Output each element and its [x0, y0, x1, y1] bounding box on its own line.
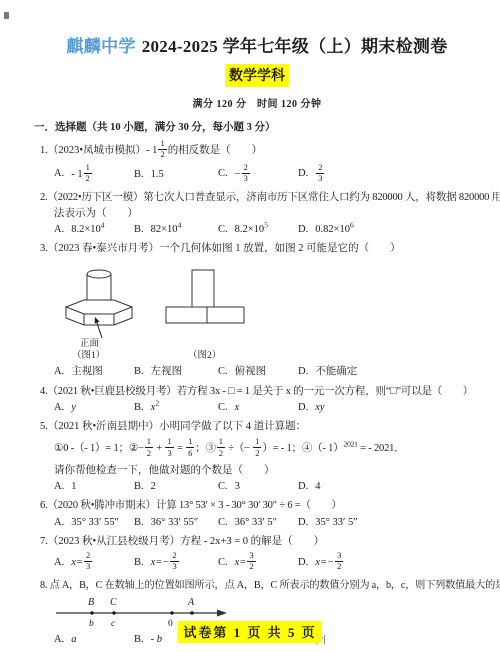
option-label: D.: [298, 557, 308, 568]
front-arrow-icon: [95, 317, 100, 324]
option-value: 1.5: [151, 169, 164, 180]
front-face-label: 正面: [80, 338, 100, 349]
calc-text: ；③: [195, 443, 216, 454]
fraction: 23: [316, 163, 324, 184]
option-label: D.: [298, 481, 308, 492]
q1-option-c: C.−23: [218, 164, 298, 185]
option-value: x: [235, 402, 240, 413]
q6-option-c: C.36° 33′ 5″: [218, 517, 298, 528]
option-value: 3: [235, 481, 240, 492]
q5-option-c: C.3: [218, 481, 298, 492]
q2-option-b: B.82×104: [134, 224, 218, 235]
q4-option-c: C.x: [218, 402, 298, 413]
question-8: 8. 点 A，B，C 在数轴上的位置如图所示，点 A，B，C 所表示的数值分别为…: [40, 579, 474, 594]
option-label: C.: [218, 224, 228, 235]
point-label-A: A: [187, 597, 195, 608]
q1-stem: 1.（2023•凤城市模拟）- 1: [40, 145, 157, 156]
q2-option-c: C.8.2×105: [218, 224, 298, 235]
calc-text: = - 2021．: [358, 443, 405, 454]
q7-option-c: C.x=32: [218, 552, 298, 573]
q3-figures: 正面 （图1） （图2）: [52, 260, 474, 360]
q4-stem: 4.（2021 秋•巨鹿县校级月考）若方程 3x - □ = 1 是关于 x 的…: [40, 384, 474, 399]
page-number-badge: 试卷第 1 页 共 5 页: [178, 621, 321, 643]
exponent: 2: [155, 399, 159, 408]
option-value: 左视图: [151, 366, 183, 377]
q5-option-a: A.1: [54, 481, 134, 492]
q4-option-d: D.xy: [298, 402, 474, 413]
q2-stem-line2: 法表示为（ ）: [54, 206, 474, 221]
option-label: A.: [54, 168, 64, 179]
option-value: 35° 33′ 55″: [71, 517, 119, 528]
question-5: 5.（2021 秋•沂南县期中）小明同学做了以下 4 道计算题：: [40, 419, 474, 434]
q3-option-b: B.左视图: [134, 363, 218, 378]
q8-stem: 8. 点 A，B，C 在数轴上的位置如图所示，点 A，B，C 所表示的数值分别为…: [40, 579, 474, 594]
exam-page: 麒麟中学2024-2025 学年七年级（上）期末检测卷 数学学科 满分 120 …: [0, 0, 500, 645]
exponent: 4: [178, 220, 182, 229]
option-value: xy: [315, 402, 324, 413]
option-label: B.: [134, 224, 144, 235]
option-value: - 1: [71, 168, 82, 179]
q1-options: A.- 112 B.1.5 C.−23 D.23: [54, 164, 474, 185]
option-label: A.: [54, 517, 64, 528]
fraction: 12: [84, 163, 92, 184]
option-value: 1: [71, 481, 76, 492]
question-6: 6.（2020 秋•腾冲市期末）计算 13° 53′ × 3 - 30° 30′…: [40, 498, 474, 513]
q1-option-b: B.1.5: [134, 169, 218, 180]
option-value: x=: [235, 557, 247, 568]
calc-text: ÷（−: [226, 443, 252, 454]
option-label: A.: [54, 224, 64, 235]
q5-option-d: D.4: [298, 481, 474, 492]
option-value: 主视图: [71, 366, 103, 377]
option-value: 俯视图: [235, 366, 267, 377]
option-label: D.: [298, 224, 308, 235]
q5-options: A.1 B.2 C.3 D.4: [54, 481, 474, 492]
subject-row: 数学学科: [40, 64, 474, 87]
option-value: 8.2×10: [71, 224, 101, 235]
option-value: 2: [151, 481, 156, 492]
option-label: C.: [218, 481, 228, 492]
question-2: 2.（2022•历下区一模）第七次人口普查显示，济南市历下区常住人口约为 820…: [40, 190, 474, 220]
q1-stem-post: 的相反数是（ ）: [168, 145, 263, 156]
option-value: 0.82×10: [315, 224, 350, 235]
option-label: A.: [54, 481, 64, 492]
minus-sign: −: [235, 168, 241, 179]
q6-option-d: D.35° 33′ 5″: [298, 517, 474, 528]
q6-option-b: B.36° 33′ 55″: [134, 517, 218, 528]
option-label: B.: [134, 402, 144, 413]
q6-stem: 6.（2020 秋•腾冲市期末）计算 13° 53′ × 3 - 30° 30′…: [40, 498, 474, 513]
exponent: 4: [101, 220, 105, 229]
t-shape-figure: （图2）: [162, 260, 254, 360]
fraction: 12: [145, 437, 153, 458]
fraction: 23: [242, 163, 250, 184]
fraction: 12: [253, 437, 261, 458]
option-value: 35° 33′ 5″: [315, 517, 357, 528]
option-label: D.: [298, 366, 308, 377]
q4-option-b: B.x2: [134, 402, 218, 413]
option-label: D.: [298, 517, 308, 528]
question-4: 4.（2021 秋•巨鹿县校级月考）若方程 3x - □ = 1 是关于 x 的…: [40, 384, 474, 399]
corner-mark: [4, 12, 9, 19]
option-value: x=−: [151, 557, 170, 568]
option-label: B.: [134, 481, 144, 492]
q3-option-d: D.不能确定: [298, 363, 474, 378]
q5-calculations: ①0 -（- 1）= 1；②−12 + 13 = 16；③12 ÷（− 12）=…: [54, 438, 474, 459]
calc-text: +: [154, 443, 165, 454]
q1-option-a: A.- 112: [54, 164, 134, 185]
q7-options: A.x=23 B.x=−23 C.x=32 D.x=−32: [54, 552, 474, 573]
axis-arrow-icon: [217, 610, 227, 617]
q3-option-c: C.俯视图: [218, 363, 298, 378]
option-value: 不能确定: [315, 366, 357, 377]
calc-text: ）= - 1；④（- 1）: [262, 443, 343, 454]
option-value: 36° 33′ 5″: [235, 517, 277, 528]
question-7: 7.（2023 秋•从江县校级月考）方程 - 2x+3 = 0 的解是（ ）: [40, 534, 474, 549]
fig2-label: （图2）: [188, 350, 221, 360]
option-label: D.: [298, 402, 308, 413]
q4-option-a: A.y: [54, 402, 134, 413]
fraction: 32: [247, 551, 255, 572]
point-label-C: C: [110, 597, 117, 608]
option-value: 4: [315, 481, 320, 492]
q5-stem2-row: 请你帮他检查一下，他做对题的个数是（ ）: [40, 463, 474, 478]
option-label: C.: [218, 402, 228, 413]
option-label: B.: [134, 169, 144, 180]
q6-options: A.35° 33′ 55″ B.36° 33′ 55″ C.36° 33′ 5″…: [54, 517, 474, 528]
q3-option-a: A.主视图: [54, 363, 134, 378]
exponent: 5: [264, 220, 268, 229]
subject-badge: 数学学科: [225, 64, 289, 87]
q1-fraction: 12: [158, 139, 166, 160]
option-label: B.: [134, 557, 144, 568]
q3-options: A.主视图 B.左视图 C.俯视图 D.不能确定: [54, 363, 474, 378]
q4-options: A.y B.x2 C.x D.xy: [54, 402, 474, 413]
option-label: C.: [218, 557, 228, 568]
option-label: B.: [134, 517, 144, 528]
q7-option-b: B.x=−23: [134, 552, 218, 573]
option-value: x=−: [315, 557, 334, 568]
q3-stem: 3.（2023 春•泰兴市月考）一个几何体如图 1 放置，如图 2 可能是它的（…: [40, 241, 474, 256]
fraction: 23: [170, 551, 178, 572]
q1-option-d: D.23: [298, 164, 474, 185]
option-label: C.: [218, 517, 228, 528]
option-label: C.: [218, 366, 228, 377]
option-value: 82×10: [151, 224, 178, 235]
option-value: 36° 33′ 55″: [151, 517, 199, 528]
option-label: C.: [218, 168, 228, 179]
q7-option-a: A.x=23: [54, 552, 134, 573]
exponent: 2021: [344, 440, 358, 449]
q5-stem: 5.（2021 秋•沂南县期中）小明同学做了以下 4 道计算题：: [40, 419, 474, 434]
page-title: 麒麟中学2024-2025 学年七年级（上）期末检测卷: [40, 32, 474, 57]
q7-option-d: D.x=−32: [298, 552, 474, 573]
question-1: 1.（2023•凤城市模拟）- 112的相反数是（ ）: [40, 140, 474, 161]
option-value: 8.2×10: [235, 224, 265, 235]
exam-info: 满分 120 分 时间 120 分钟: [40, 95, 474, 110]
fraction: 32: [335, 551, 343, 572]
option-value: y: [71, 402, 76, 413]
calc-text: ①0 -（- 1）= 1；②−: [54, 443, 144, 454]
fraction: 13: [165, 437, 173, 458]
point-label-B: B: [88, 597, 94, 608]
fraction: 23: [84, 551, 92, 572]
q2-option-a: A.8.2×104: [54, 224, 134, 235]
fig1-label: （图1）: [72, 350, 105, 360]
school-name: 麒麟中学: [66, 37, 135, 56]
option-label: D.: [298, 168, 308, 179]
title-text: 2024-2025 学年七年级（上）期末检测卷: [142, 37, 448, 56]
option-label: A.: [54, 366, 64, 377]
page-footer: 试卷第 1 页 共 5 页: [0, 621, 500, 643]
q7-stem: 7.（2023 秋•从江县校级月考）方程 - 2x+3 = 0 的解是（ ）: [40, 534, 474, 549]
question-3: 3.（2023 春•泰兴市月考）一个几何体如图 1 放置，如图 2 可能是它的（…: [40, 241, 474, 256]
q5-stem2: 请你帮他检查一下，他做对题的个数是（ ）: [54, 463, 474, 478]
q2-stem-line1: 2.（2022•历下区一模）第七次人口普查显示，济南市历下区常住人口约为 820…: [40, 190, 474, 205]
calc-text: =: [175, 443, 186, 454]
option-label: B.: [134, 366, 144, 377]
q2-option-d: D.0.82×106: [298, 224, 474, 235]
q6-option-a: A.35° 33′ 55″: [54, 517, 134, 528]
q2-options: A.8.2×104 B.82×104 C.8.2×105 D.0.82×106: [54, 224, 474, 235]
bolt-figure: 正面 （图1）: [52, 260, 148, 360]
fraction: 12: [217, 437, 225, 458]
option-label: A.: [54, 557, 64, 568]
option-label: A.: [54, 402, 64, 413]
section-heading: 一．选择题（共 10 小题，满分 30 分，每小题 3 分）: [34, 119, 474, 134]
option-value: x=: [71, 557, 83, 568]
q5-option-b: B.2: [134, 481, 218, 492]
fraction: 16: [186, 437, 194, 458]
exponent: 6: [350, 220, 354, 229]
